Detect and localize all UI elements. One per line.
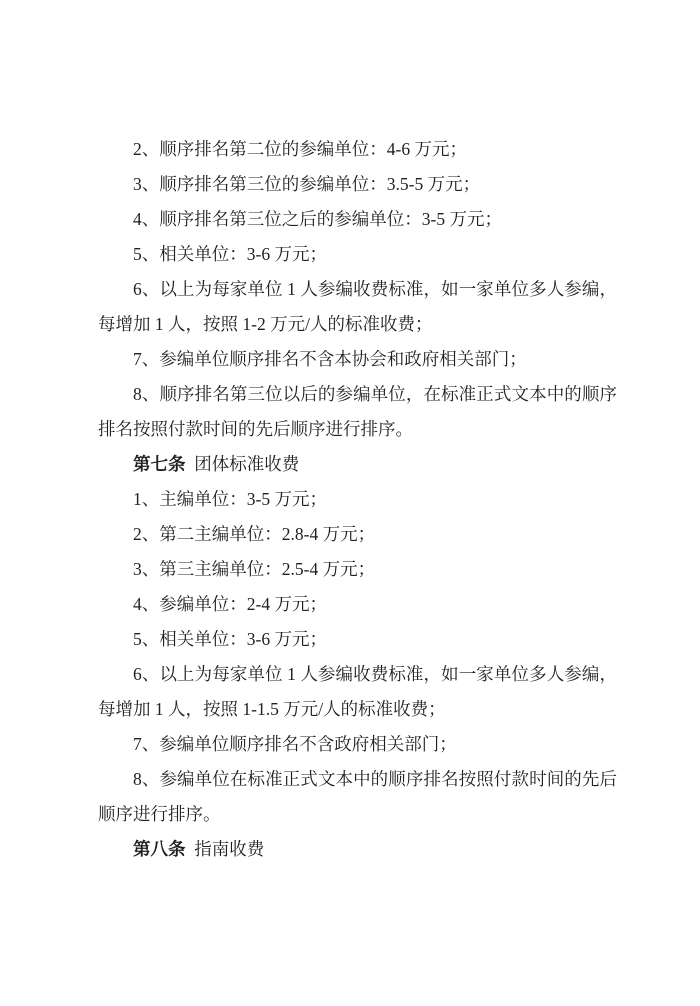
document-line: 8、顺序排名第三位以后的参编单位，在标准正式文本中的顺序: [98, 377, 617, 412]
document-line: 每增加 1 人，按照 1-2 万元/人的标准收费；: [98, 307, 617, 342]
document-line: 8、参编单位在标准正式文本中的顺序排名按照付款时间的先后: [98, 762, 617, 797]
document-line: 6、以上为每家单位 1 人参编收费标准，如一家单位多人参编，: [98, 272, 617, 307]
article-7-heading: 第七条团体标准收费: [98, 447, 617, 482]
document-line: 6、以上为每家单位 1 人参编收费标准，如一家单位多人参编，: [98, 657, 617, 692]
document-line: 1、主编单位：3-5 万元；: [98, 482, 617, 517]
document-line: 5、相关单位：3-6 万元；: [98, 622, 617, 657]
document-line: 7、参编单位顺序排名不含政府相关部门；: [98, 727, 617, 762]
document-line: 4、顺序排名第三位之后的参编单位：3-5 万元；: [98, 202, 617, 237]
article-8-number: 第八条: [133, 839, 186, 859]
article-8-title: 指南收费: [194, 839, 264, 859]
document-line: 每增加 1 人，按照 1-1.5 万元/人的标准收费；: [98, 692, 617, 727]
document-line: 3、第三主编单位：2.5-4 万元；: [98, 552, 617, 587]
document-line: 7、参编单位顺序排名不含本协会和政府相关部门；: [98, 342, 617, 377]
document-line: 顺序进行排序。: [98, 797, 617, 832]
article-7-title: 团体标准收费: [194, 454, 299, 474]
article-7-number: 第七条: [133, 454, 186, 474]
document-line: 4、参编单位：2-4 万元；: [98, 587, 617, 622]
document-line: 3、顺序排名第三位的参编单位：3.5-5 万元；: [98, 167, 617, 202]
document-line: 排名按照付款时间的先后顺序进行排序。: [98, 412, 617, 447]
document-line: 2、顺序排名第二位的参编单位：4-6 万元；: [98, 132, 617, 167]
document-page: 2、顺序排名第二位的参编单位：4-6 万元； 3、顺序排名第三位的参编单位：3.…: [0, 0, 700, 1006]
document-line: 2、第二主编单位：2.8-4 万元；: [98, 517, 617, 552]
article-8-heading: 第八条指南收费: [98, 832, 617, 867]
document-line: 5、相关单位：3-6 万元；: [98, 237, 617, 272]
